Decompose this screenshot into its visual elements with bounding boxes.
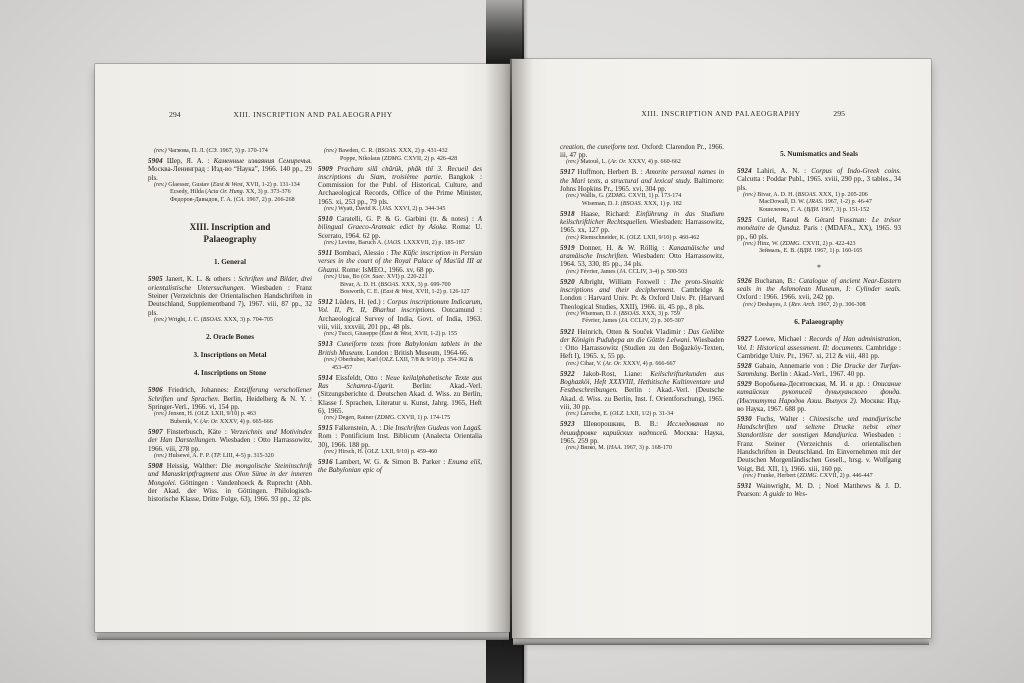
bib-entry: 5927 Loewe, Michael : Records of Han adm… [737,335,901,360]
bib-entry: 5922 Jakob-Rost, Liane: Keilschrifturkun… [560,370,724,411]
bib-entry: 5913 Cuneiform texts from Babylonian tab… [318,340,482,357]
review-line: (rev.) Degen, Rainer (ZDMG. CXVII, 1) p.… [318,415,482,423]
review-line-continuation: Bivar, A. D. H. (BSOAS. XXX, 3) p. 699-7… [318,282,482,290]
section-heading: 2. Oracle Bones [148,333,312,342]
bib-entry: 5909 Pracham silā chārük, phāk thī 3. Re… [318,165,482,206]
bib-entry: 5912 Lüders, H. (ed.) : Corpus inscripti… [318,298,482,331]
review-line: (rev.) Cihar, V. (Ar. Or. XXXV, 4) p. 66… [560,361,724,369]
review-line-continuation: Bubenik, V. (Ar. Or. XXXV, 4) p. 665-666 [148,419,312,427]
review-line: (rev.) Jensen, H. (OLZ. LXII, 9/10) p. 4… [148,411,312,419]
review-line: (rev.) Oberhuber, Karl (OLZ. LXII, 7/8 &… [318,357,482,372]
review-line-continuation: Bosworth, C. E. (East & West, XVII, 1-2)… [318,289,482,297]
bib-entry: 5929 Воробьева-Десятовская, М. И. и др. … [737,380,901,413]
running-head-right: XIII. INSCRIPTION AND PALAEOGRAPHY 295 [551,109,891,121]
review-line: (rev.) Hulsewé, A. F. P. (TP. LIII, 4-5)… [148,453,312,461]
page-number: 294 [169,110,181,119]
bib-entry: 5931 Wainwright, M. D. ; Noel Matthews &… [737,482,901,499]
review-line: (rev.) Riemschneider, K. (OLZ. LXII, 9/1… [560,235,724,243]
review-line-continuation: Wiseman, D. J. (BSOAS. XXX, 1) p. 182 [560,201,724,209]
bib-entry: 5910 Caratelli, G. P. & G. Garbini (tr. … [318,215,482,240]
review-line: (rev.) Février, James (JA. CCLIV, 3-4) p… [560,269,724,277]
text-column: (rev.) Bawden, C. R. (BSOAS. XXX, 2) p. … [318,148,482,475]
review-line: (rev.) Вязко, М. (НАА. 1967, 3) p. 168-1… [560,445,724,453]
bib-entry: 5905 Janert, K. L. & others : Schriften … [148,275,312,316]
text-column: 5. Numismatics and Seals5924 Lahiri, A. … [737,141,901,498]
bib-entry: 5925 Curiel, Raoul & Gérard Fussman: Le … [737,216,901,241]
page-stack-edge-right [513,638,929,645]
section-heading: 5. Numismatics and Seals [737,150,901,159]
bib-entry: 5924 Lahiri, A. N. : Corpus of Indo-Gree… [737,167,901,192]
review-line-continuation: MacDowall, D. W. (JRAS. 1967, 1-2) p. 46… [737,199,901,207]
bib-entry: 5908 Heissig, Walther: Die mongolische S… [148,462,312,503]
photo-background: 294 XIII. INSCRIPTION AND PALAEOGRAPHY (… [0,0,1024,683]
bib-entry: 5918 Haase, Richard: Einführung in das S… [560,210,724,235]
bib-entry: 5921 Heinrich, Otten & Souček Vladimir :… [560,328,724,361]
bib-entry: 5906 Friedrich, Johannes: Entzifferung v… [148,386,312,411]
page-number: 295 [833,109,845,118]
bib-entry: 5917 Huffmon, Herbert B. : Amorite perso… [560,168,724,193]
review-line: (rev.) Laroche, E. (OLZ. LXII, 1/2) p. 3… [560,411,724,419]
bib-entry: 5926 Buchanan, B.: Catalogue of ancient … [737,277,901,302]
section-heading: 4. Inscriptions on Stone [148,369,312,378]
bib-entry: 5911 Bombaci, Alessio : The Kūfic inscri… [318,249,482,274]
bib-entry: 5915 Falkenstein, A. : Die Inschriften G… [318,424,482,449]
bib-entry: 5928 Gabain, Annemarie von : Die Drucke … [737,362,901,379]
review-line-continuation: Février, James (JA. CCLIV, 2) p. 305-307 [560,318,724,326]
text-column: (rev.) Чагвова, П. Л. (СЭ. 1967, 3) p. 1… [148,148,312,503]
bib-entry-continuation: creation, the cuneiform text. Oxford: Cl… [560,143,724,160]
page-stack-edge-left [97,632,509,640]
review-line-continuation: Зеймаль, Е. В. (ВДИ. 1967, 1) p. 160-165 [737,248,901,256]
review-line: (rev.) Wright, J. C. (BSOAS. XXX, 3) p. … [148,317,312,325]
running-head-left: 294 XIII. INSCRIPTION AND PALAEOGRAPHY [145,110,481,122]
chapter-heading: XIII. Inscription and [148,222,312,234]
page-left: 294 XIII. INSCRIPTION AND PALAEOGRAPHY (… [95,64,511,632]
bib-entry: 5907 Finsterbusch, Käte : Verzeichnis un… [148,428,312,453]
bib-entry: 5914 Eissfeldt, Otto : Neue keilalphabet… [318,374,482,415]
review-line-continuation: Ecsedy, Hilda (Acta Or. Hung. XX, 3) p. … [148,189,312,197]
text-column: creation, the cuneiform text. Oxford: Cl… [560,141,724,453]
page-right: XIII. INSCRIPTION AND PALAEOGRAPHY 295 c… [511,59,931,638]
review-line: (rev.) Levine, Baruch A. (JAOS. LXXXVII,… [318,240,482,248]
separator-star: * [737,263,901,272]
bib-entry: 5920 Albright, William Foxwell : The pro… [560,278,724,311]
review-line: (rev.) Bawden, C. R. (BSOAS. XXX, 2) p. … [318,148,482,156]
review-line: (rev.) Franke, Herbert (ZDMG. CXVII, 2) … [737,473,901,481]
section-heading: 1. General [148,258,312,267]
review-line-continuation: Poppe, Nikolaus (ZDMG. CXVII, 2) p. 426-… [318,156,482,164]
review-line-continuation: Федоров-Давыдов, Г. А. (СА. 1967, 2) p. … [148,197,312,205]
section-heading: 6. Palaeography [737,318,901,327]
running-title: XIII. INSCRIPTION AND PALAEOGRAPHY [145,110,481,119]
bib-entry: 5919 Donner, H. & W. Röllig : Kanaanäisc… [560,244,724,269]
bib-entry: 5930 Fuchs, Walter : Chinesische und man… [737,415,901,473]
review-line: (rev.) Matouš, L. (Ar. Or. XXXV, 4) p. 6… [560,159,724,167]
section-heading: 3. Inscriptions on Metal [148,351,312,360]
bib-entry: 5916 Lambert, W. G. & Simon B. Parker : … [318,458,482,475]
bib-entry: 5904 Шер, Я. А. : Каменные изваяния Семи… [148,157,312,182]
review-line: (rev.) Hirsch, H. (OLZ. LXII, 9/10) p. 4… [318,449,482,457]
review-line: (rev.) Deshayes, J. (Rev. Arch. 1967, 2)… [737,302,901,310]
review-line: (rev.) Чагвова, П. Л. (СЭ. 1967, 3) p. 1… [148,148,312,156]
review-line: (rev.) Wallis, G. (ZDMG. CXVII, 1) p. 17… [560,193,724,201]
review-line: (rev.) Tucci, Giuseppe (East & West, XVI… [318,331,482,339]
chapter-heading: Palaeography [148,234,312,246]
book-gutter [510,59,512,639]
bib-entry: 5923 Шеворошкин, В. В.: Исследования по … [560,420,724,445]
review-line: (rev.) Utas, Bo (Or. Suec. XVI) p. 220-2… [318,274,482,282]
review-line-continuation: Кошеленко, Г. А. (ВДИ. 1967, 3) p. 151-1… [737,207,901,215]
review-line: (rev.) Wyatt, David K. (JAS. XXVI, 2) p.… [318,206,482,214]
